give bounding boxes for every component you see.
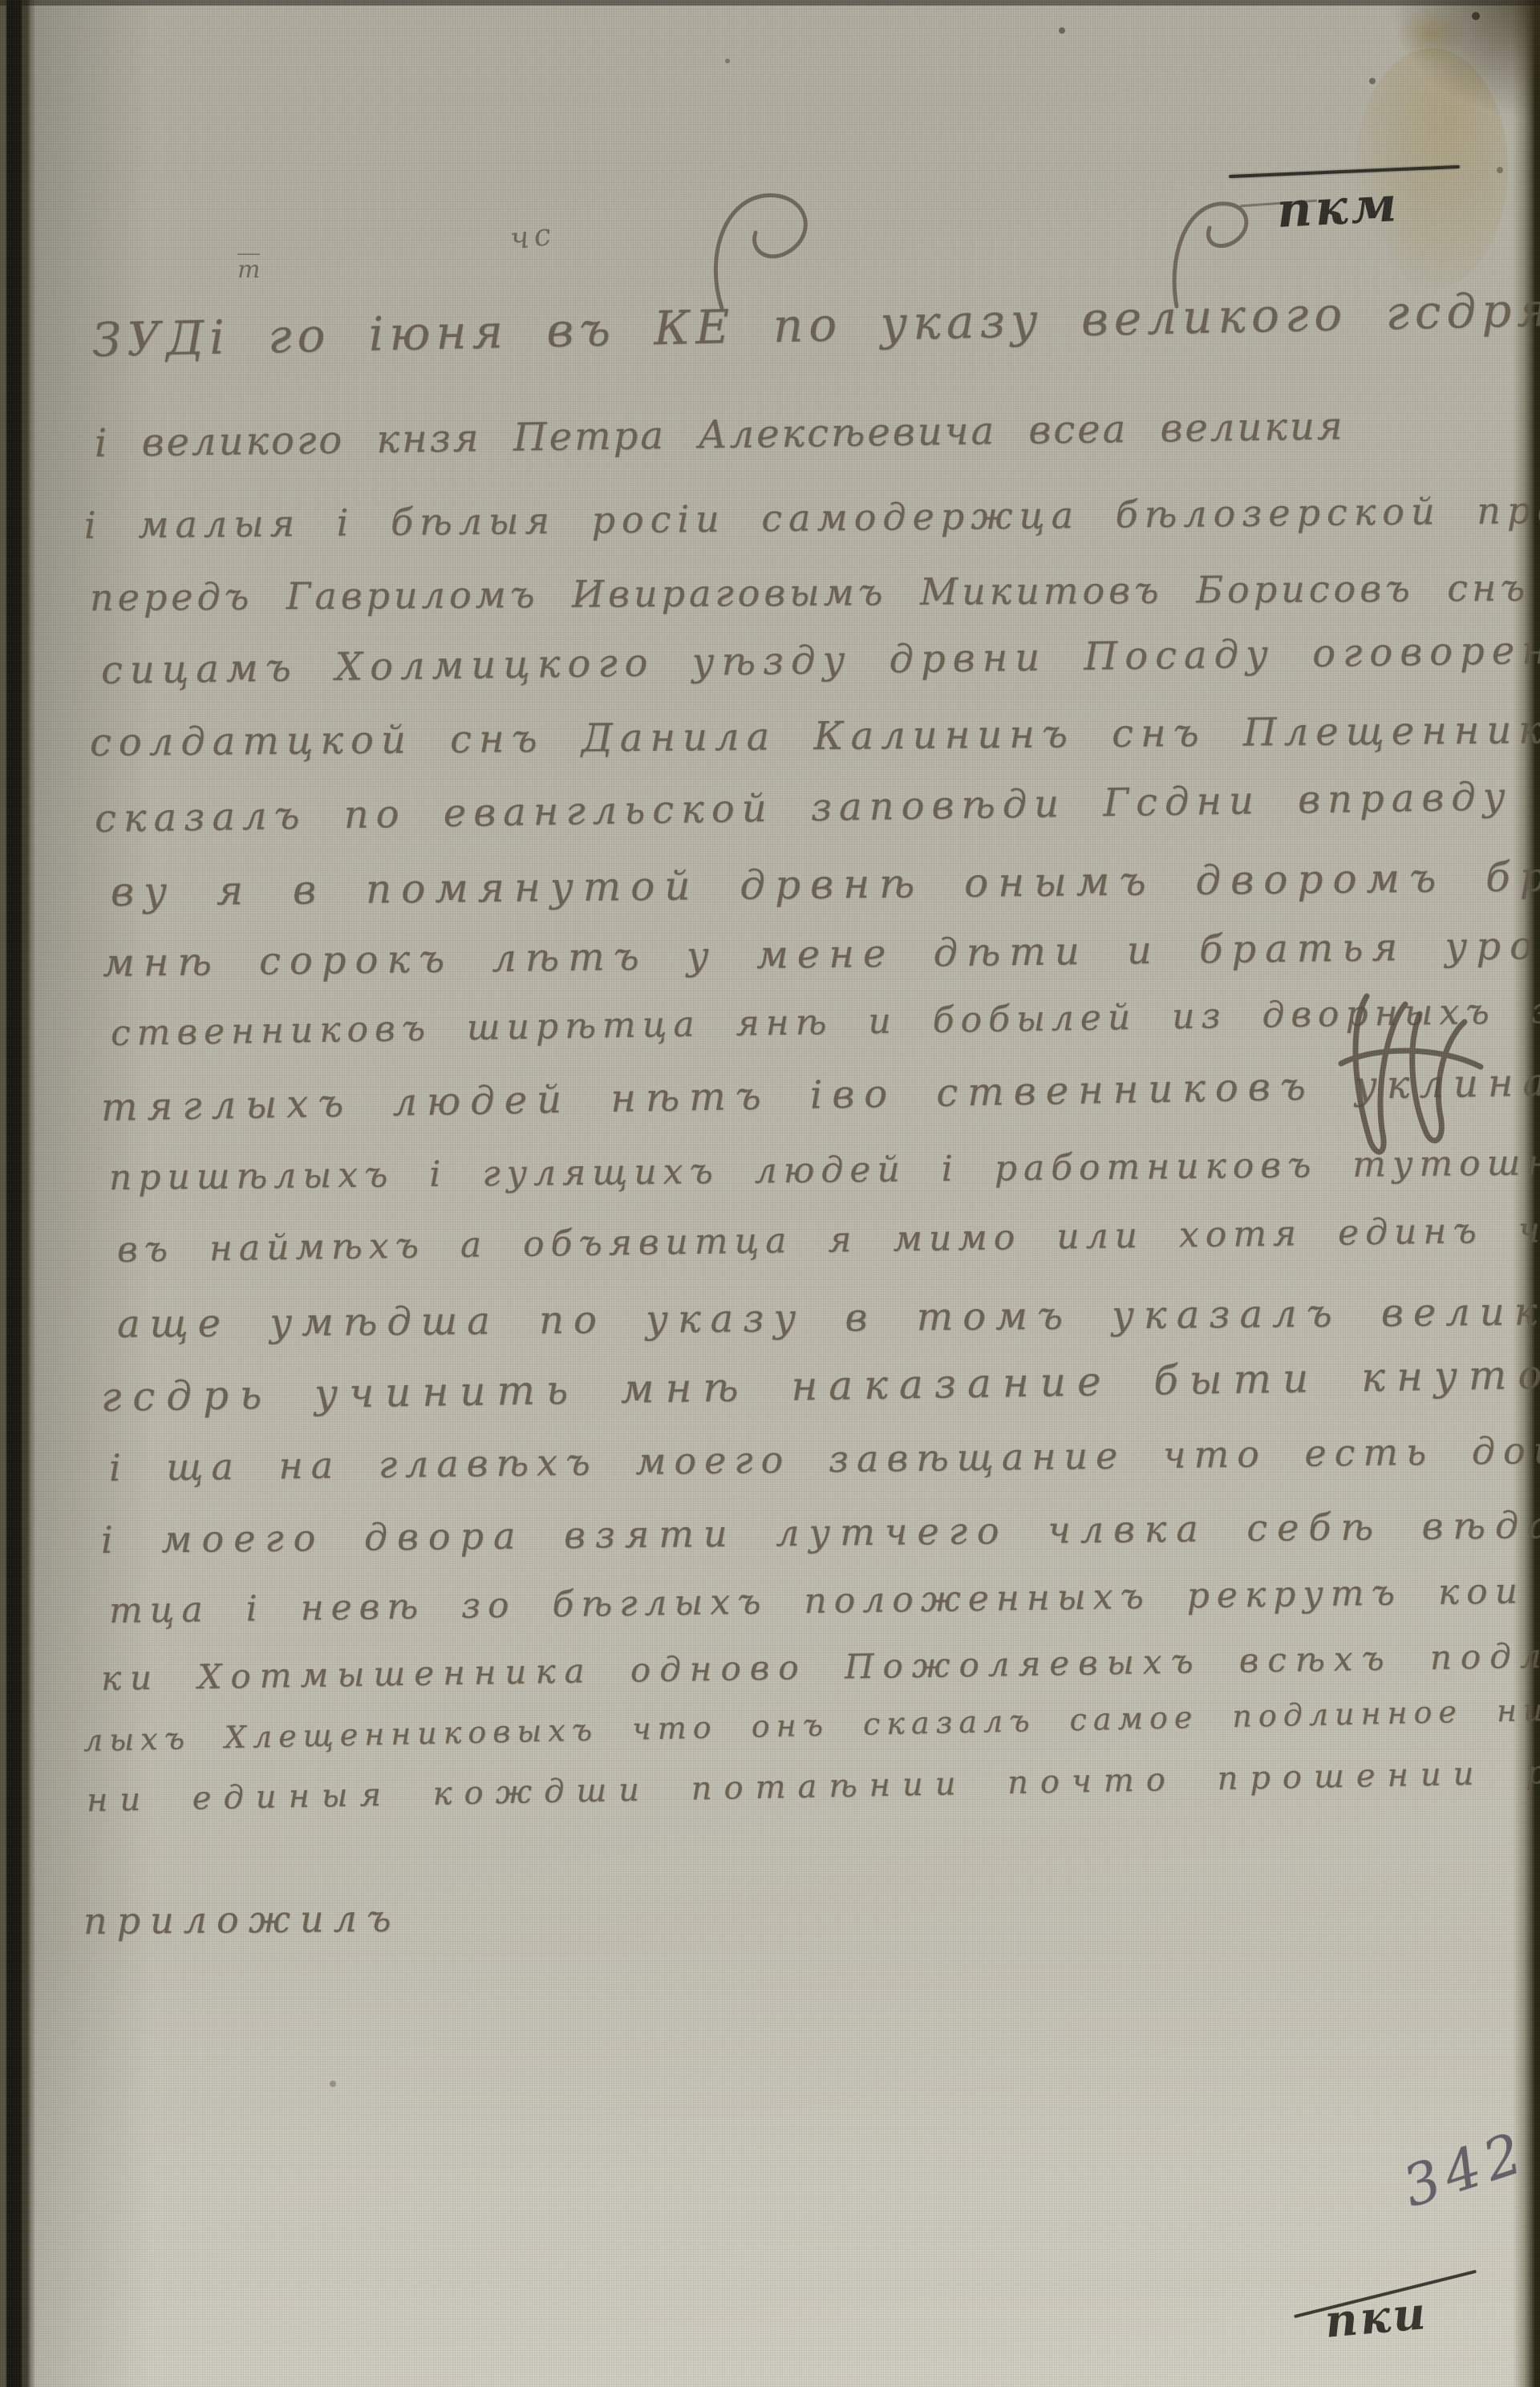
manuscript-line: передъ Гавриломъ Ивираговымъ Микитовъ Бо… [90,565,1540,619]
manuscript-line: гсдрь учинить мнѣ наказание быти кнутомъ [101,1350,1540,1420]
paper-bottom-highlight [0,1938,1540,2387]
manuscript-line: пришѣлыхъ і гулящихъ людей і работниковъ… [109,1141,1540,1198]
manuscript-line: аще умѣдша по указу в томъ указалъ велик… [117,1289,1540,1347]
folio-mark-top-right: пкм [1275,176,1401,239]
manuscript-line: ственниковъ ширѣтца янѣ и бобылей из дво… [111,989,1540,1054]
manuscript-line: въ наймѣхъ а объявитца я мимо или хотя е… [117,1208,1540,1270]
manuscript-line: ни единыя кождши потаѣнии почто прошении… [87,1753,1540,1819]
manuscript-line: і малыя і бѣлыя росіи самодержца бѣлозер… [84,486,1540,547]
manuscript-line: солдатцкой снъ Данила Калининъ снъ Плеще… [90,707,1540,765]
manuscript-line: ки Хотмышенника одново Пожоляевыхъ всѣхъ… [101,1634,1540,1698]
manuscript-line: і великого кнзя Петра Алексѣевича всеа в… [95,403,1345,466]
manuscript-line: і моего двора взяти лутчего члвка себѣ в… [101,1503,1540,1562]
manuscript-line: ву я в помянутой дрвнѣ онымъ дворомъ бро… [111,853,1540,915]
above-line-note: чс [508,216,557,257]
manuscript-line: і ща на главѣхъ моего завѣщание что есть… [109,1428,1540,1489]
manuscript-scan: ЗУДі го іюня въ КЕ по указу великого гсд… [0,0,1540,2387]
manuscript-line: сицамъ Холмицкого уѣзду дрвни Посаду ого… [101,627,1540,693]
manuscript-line: тяглыхъ людей нѣтъ іво ственниковъ уклин… [101,1059,1540,1130]
book-gutter-shadow [0,0,35,2387]
margin-paraph-flourish [1333,987,1493,1187]
corner-stain-dark [1388,0,1540,120]
folio-mark-bottom-right: пки [1323,2287,1430,2348]
photo-top-edge [0,0,1540,6]
manuscript-line: тца і невѣ зо бѣглыхъ положенныхъ рекрут… [109,1569,1540,1631]
page-edge-right [1513,0,1540,2387]
ink-flourish-small [1165,194,1261,314]
manuscript-line: мнѣ сорокъ лѣтъ у мене дѣти и братья уро… [103,922,1540,986]
ink-flourish-large [706,186,826,318]
titlo-abbreviation-mark: т [237,253,260,284]
manuscript-line: лыхъ Хлещенниковыхъ что онъ сказалъ само… [83,1688,1540,1758]
ink-specks [0,0,3,3]
manuscript-line: приложилъ [83,1897,401,1943]
manuscript-line: сказалъ по евангльской заповѣди Гсдни вп… [95,772,1540,841]
